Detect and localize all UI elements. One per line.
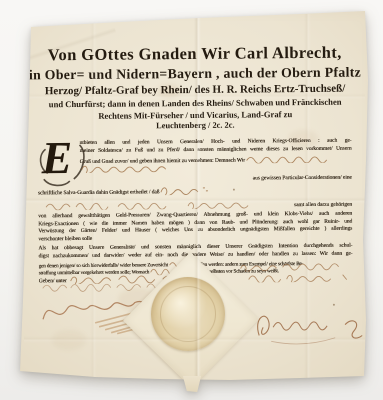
ink-speck — [233, 189, 235, 191]
body-line: verschonter bleiben solle — [38, 233, 352, 243]
handwritten-insertion — [80, 163, 176, 173]
heading-line-1: Von GOttes Gnaden Wir Carl Albrecht, — [29, 43, 361, 66]
ink-speck — [59, 280, 61, 282]
countersignature — [251, 300, 369, 349]
handwritten-insertion — [245, 154, 331, 163]
document-photo: Von GOttes Gnaden Wir Carl Albrecht, in … — [0, 0, 383, 400]
heading-line-6: Leuchtenberg / 2c. 2c. — [29, 120, 361, 132]
heading-line-3: Herzog/ Pfaltz-Graf bey Rhein/ des H. R.… — [29, 83, 361, 98]
handwritten-date-line — [247, 273, 351, 283]
wax-seal — [151, 277, 226, 352]
photo-backdrop: Von GOttes Gnaden Wir Carl Albrecht, in … — [0, 0, 383, 400]
ink-speck — [333, 304, 335, 306]
heading-line-4: und Churfürst; dann in denen Landen des … — [29, 97, 361, 110]
body-text: schriftliche Salva-Guardia dahin Gnädigs… — [38, 189, 160, 196]
heading-line-2: in Ober= und Nidern=Bayern , auch der Ob… — [29, 65, 361, 84]
body-line: schriftliche Salva-Guardia dahin Gnädigs… — [38, 185, 352, 196]
body-line: aus gewissen Particular-Considerationen/… — [38, 175, 352, 185]
document-paper: Von GOttes Gnaden Wir Carl Albrecht, in … — [0, 0, 383, 400]
document-content: Von GOttes Gnaden Wir Carl Albrecht, in … — [0, 0, 383, 400]
handwritten-date-line — [239, 262, 351, 272]
handwritten-insertion — [159, 185, 209, 195]
